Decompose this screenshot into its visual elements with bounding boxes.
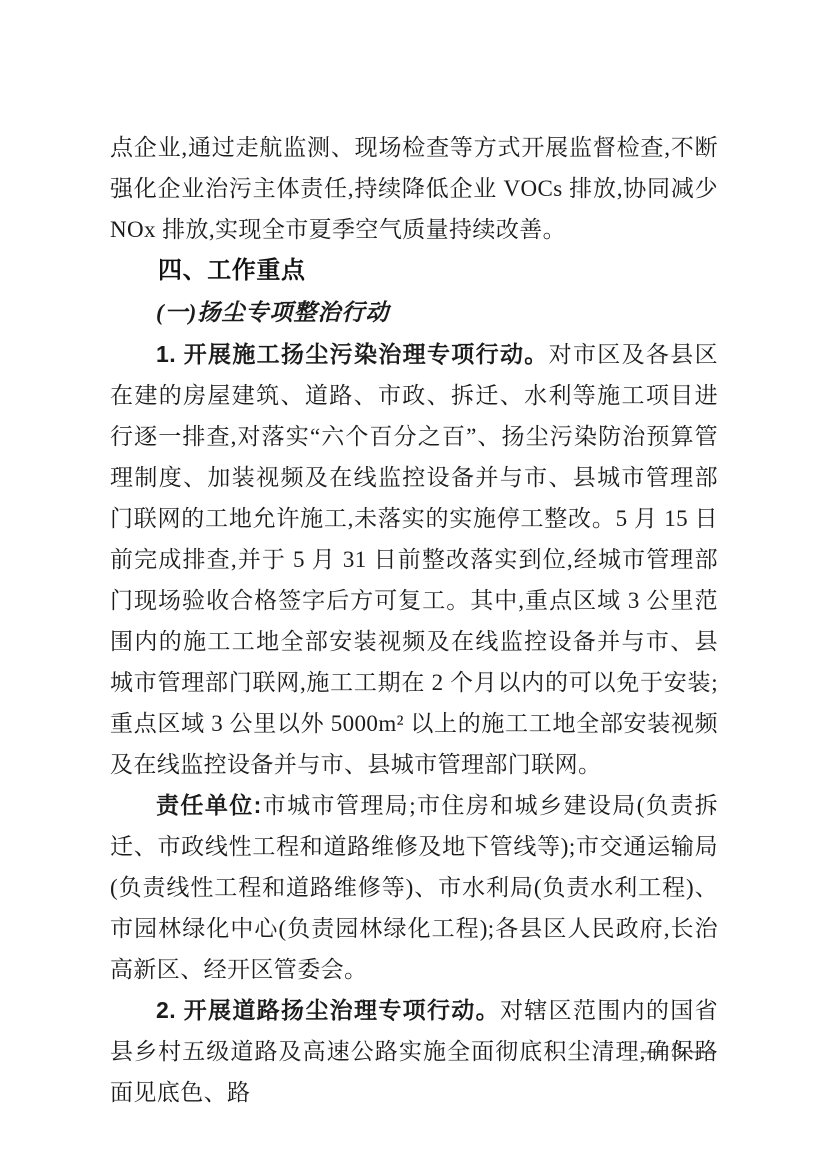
responsibility-text: 市城市管理局;市住房和城乡建设局(负责拆迁、市政线性工程和道路维修及地下管线等)… <box>110 793 718 982</box>
page-number: — 3 — <box>641 1038 714 1063</box>
paragraph-continuation: 点企业,通过走航监测、现场检查等方式开展监督检查,不断强化企业治污主体责任,持续… <box>110 127 718 250</box>
section-heading: 四、工作重点 <box>110 250 718 291</box>
document-body: 点企业,通过走航监测、现场检查等方式开展监督检查,不断强化企业治污主体责任,持续… <box>110 127 718 1113</box>
responsibility-lead: 责任单位: <box>156 792 262 818</box>
document-page: 点企业,通过走航监测、现场检查等方式开展监督检查,不断强化企业治污主体责任,持续… <box>0 0 826 1168</box>
paragraph-responsibility: 责任单位:市城市管理局;市住房和城乡建设局(负责拆迁、市政线性工程和道路维修及地… <box>110 785 718 990</box>
item-1-text: 对市区及各县区在建的房屋建筑、道路、市政、拆迁、水利等施工项目进行逐一排查,对落… <box>110 342 718 777</box>
paragraph-item-2: 2. 开展道路扬尘治理专项行动。对辖区范围内的国省县乡村五级道路及高速公路实施全… <box>110 990 718 1113</box>
subsection-heading: (一)扬尘专项整治行动 <box>110 291 718 334</box>
item-1-lead: 1. 开展施工扬尘污染治理专项行动。 <box>156 341 549 367</box>
paragraph-item-1: 1. 开展施工扬尘污染治理专项行动。对市区及各县区在建的房屋建筑、道路、市政、拆… <box>110 334 718 785</box>
item-2-lead: 2. 开展道路扬尘治理专项行动。 <box>156 997 500 1023</box>
